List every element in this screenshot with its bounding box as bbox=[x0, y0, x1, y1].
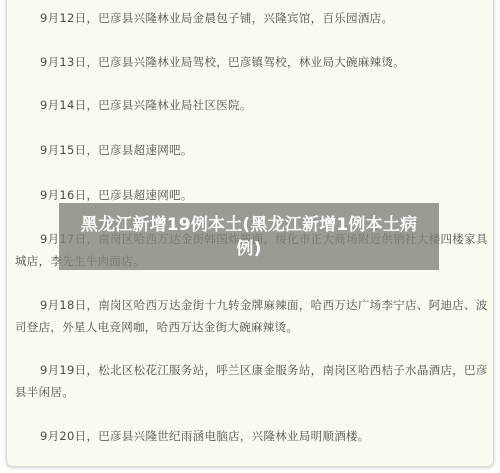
itinerary-entry-0913: 9月13日，巴彦县兴隆林业局驾校，巴彦镇驾校，林业局大碗麻辣烫。 bbox=[15, 51, 491, 73]
itinerary-entry-0914: 9月14日，巴彦县兴隆林业局社区医院。 bbox=[15, 94, 491, 116]
headline-title: 黑龙江新增19例本土(黑龙江新增1例本土病例) bbox=[79, 213, 419, 261]
itinerary-entry-0919: 9月19日，松北区松花江服务站，呼兰区康金服务站，南岗区哈西桔子水晶酒店，巴彦县… bbox=[15, 359, 491, 403]
itinerary-entry-0918: 9月18日，南岗区哈西万达金街十九转金牌麻辣面，哈西万达广场李宁店、阿迪店、波司… bbox=[15, 294, 491, 338]
headline-overlay: 黑龙江新增19例本土(黑龙江新增1例本土病例) bbox=[59, 203, 439, 270]
itinerary-entry-0912: 9月12日，巴彦县兴隆林业局金晨包子铺，兴隆宾馆，百乐园酒店。 bbox=[15, 7, 491, 29]
itinerary-entry-0920: 9月20日，巴彦县兴隆世纪雨涵电脑店，兴隆林业局明顺酒楼。 bbox=[15, 425, 491, 447]
itinerary-entry-0915: 9月15日，巴彦县超速网吧。 bbox=[15, 139, 491, 161]
